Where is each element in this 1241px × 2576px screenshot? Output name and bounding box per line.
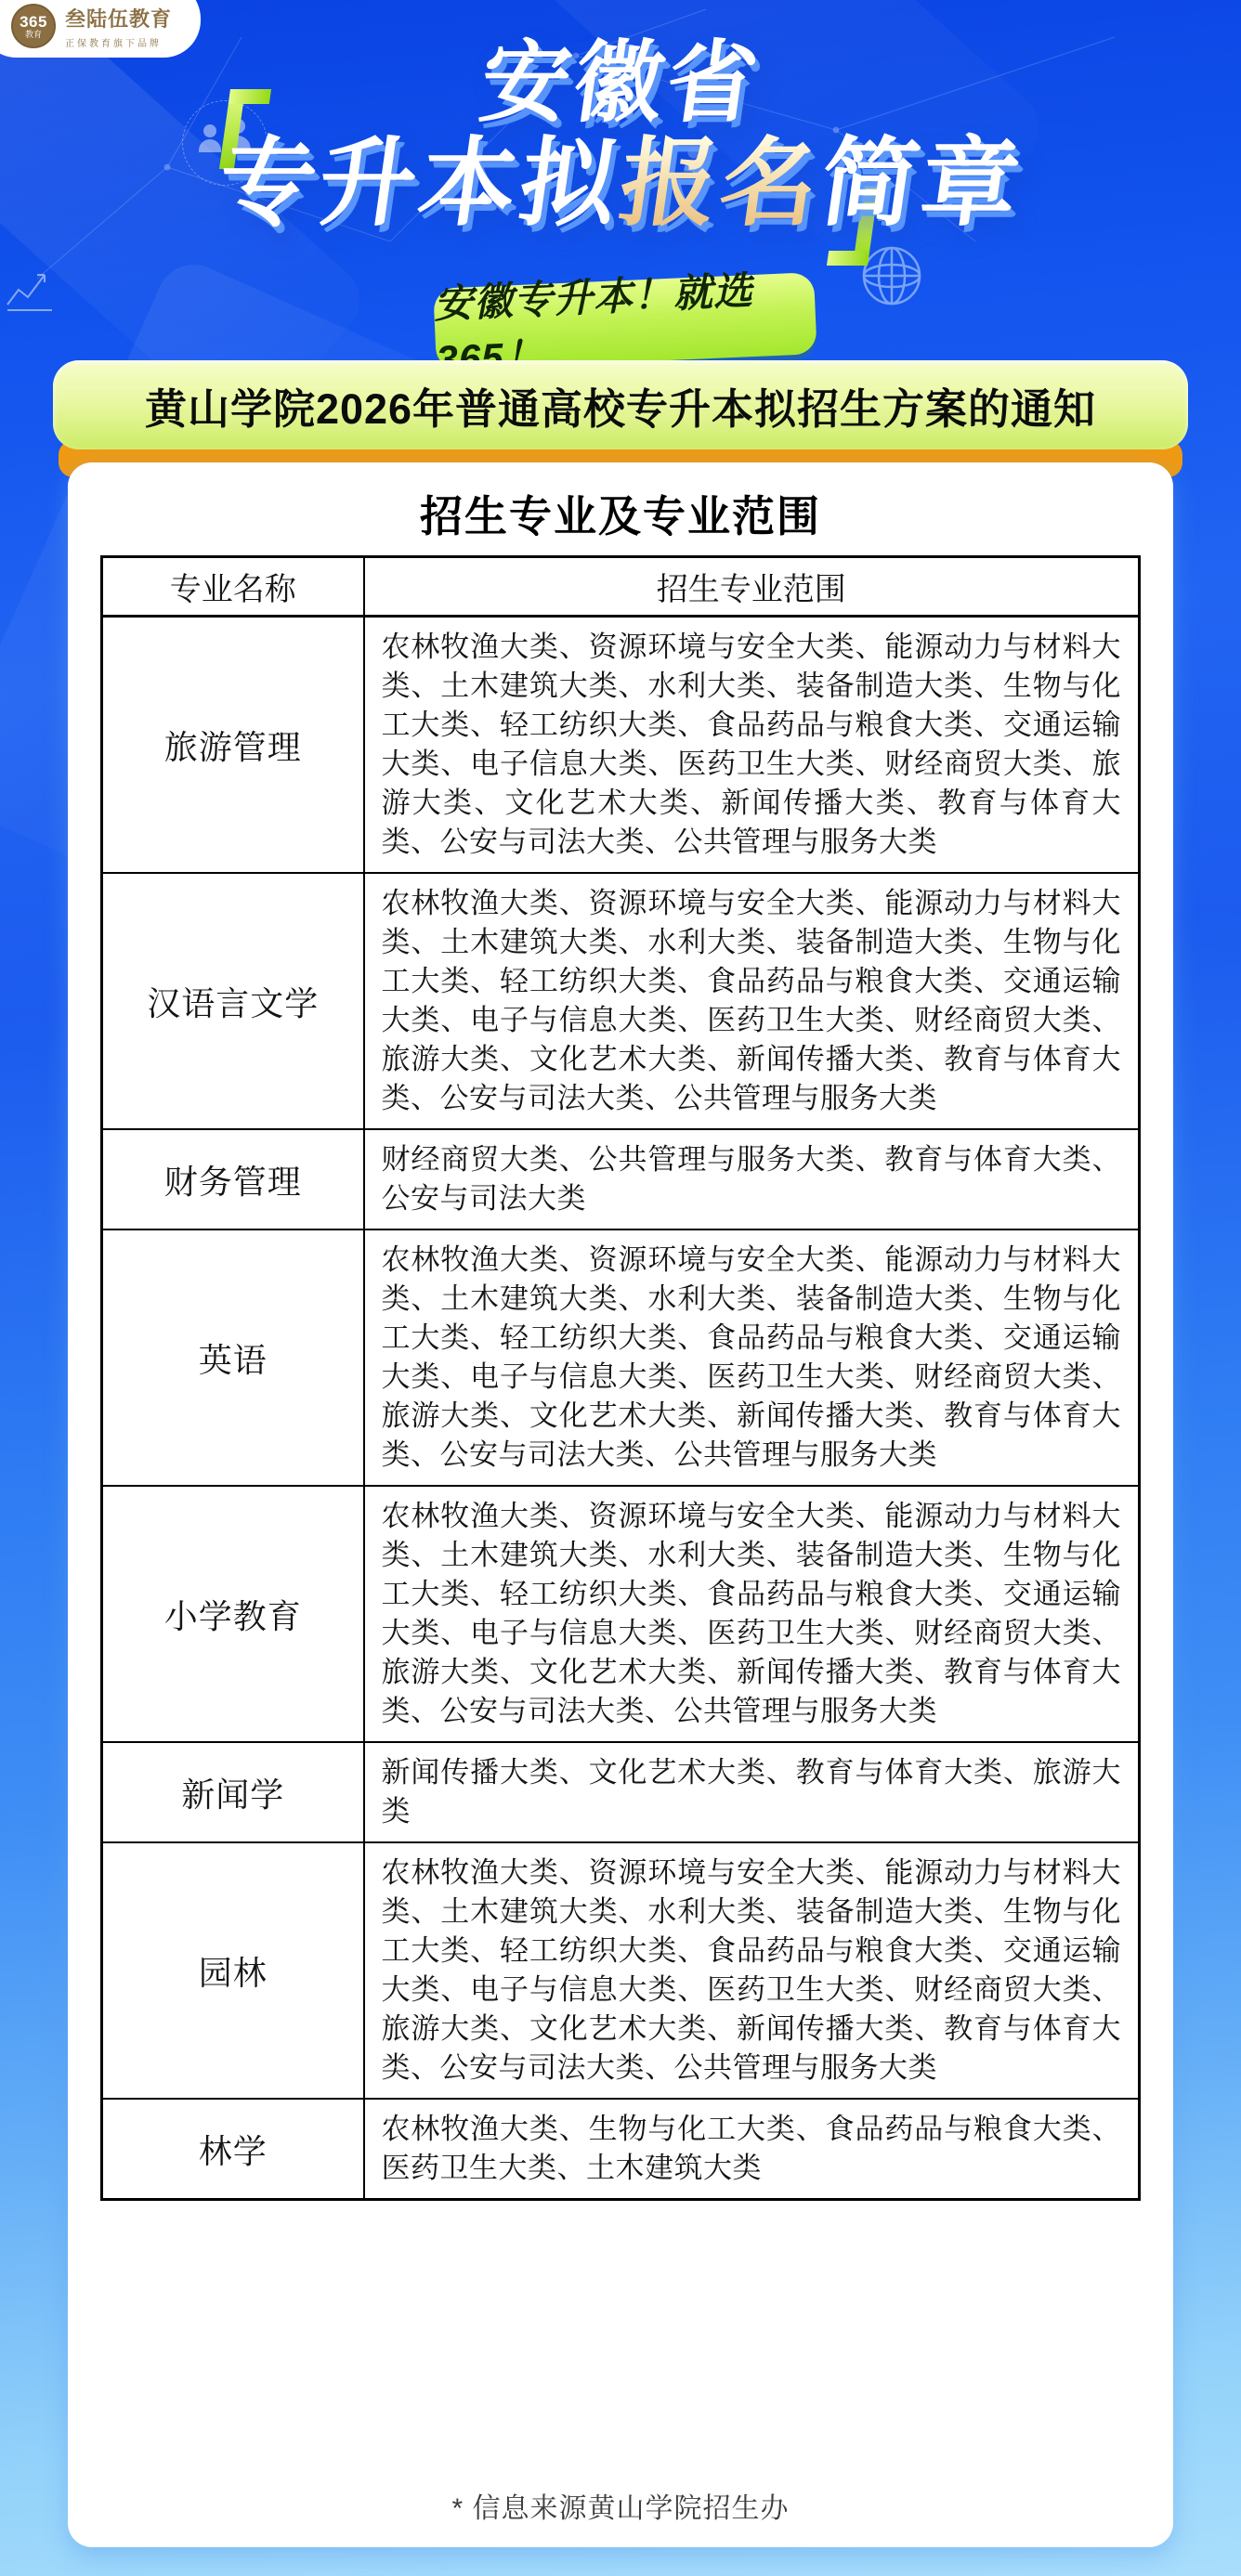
major-scope: 农林牧渔大类、资源环境与安全大类、能源动力与材料大类、土木建筑大类、水利大类、装… (364, 873, 1140, 1129)
major-scope: 新闻传播大类、文化艺术大类、教育与体育大类、旅游大类 (364, 1742, 1140, 1842)
table-row: 财务管理 财经商贸大类、公共管理与服务大类、教育与体育大类、公安与司法大类 (102, 1129, 1140, 1229)
notice-title: 黄山学院2026年普通高校专升本拟招生方案的通知 (145, 375, 1096, 436)
major-name: 小学教育 (102, 1486, 364, 1742)
hero-title-line2-post: 简章 (814, 130, 1029, 238)
brand-subtitle: 正保教育旗下品牌 (65, 35, 172, 49)
majors-table: 专业名称 招生专业范围 旅游管理 农林牧渔大类、资源环境与安全大类、能源动力与材… (100, 555, 1141, 2201)
table-row: 英语 农林牧渔大类、资源环境与安全大类、能源动力与材料大类、土木建筑大类、水利大… (102, 1229, 1140, 1486)
brand-name: 叁陆伍教育 (65, 4, 172, 33)
content-card: 招生专业及专业范围 专业名称 招生专业范围 旅游管理 农林牧渔大类、资源环境与安… (68, 462, 1173, 2547)
major-name: 财务管理 (102, 1129, 364, 1229)
slogan-banner: 安徽专升本！就选365！ (433, 272, 816, 371)
poster-page: 365 教育 叁陆伍教育 正保教育旗下品牌 安徽省 专升本拟报名简章 安徽专升本… (0, 0, 1241, 2576)
table-header-row: 专业名称 招生专业范围 (102, 557, 1140, 617)
major-name: 汉语言文学 (102, 873, 364, 1129)
hero-title-line2-highlight: 报名 (613, 130, 829, 238)
major-name: 林学 (102, 2099, 364, 2200)
major-scope: 农林牧渔大类、资源环境与安全大类、能源动力与材料大类、土木建筑大类、水利大类、装… (364, 1842, 1140, 2099)
section-title: 招生专业及专业范围 (68, 483, 1173, 544)
major-name: 新闻学 (102, 1742, 364, 1842)
major-name: 旅游管理 (102, 617, 364, 874)
column-header-major: 专业名称 (102, 557, 364, 617)
major-scope: 农林牧渔大类、生物与化工大类、食品药品与粮食大类、医药卫生大类、土木建筑大类 (364, 2099, 1140, 2200)
table-row: 汉语言文学 农林牧渔大类、资源环境与安全大类、能源动力与材料大类、土木建筑大类、… (102, 873, 1140, 1129)
major-scope: 农林牧渔大类、资源环境与安全大类、能源动力与材料大类、土木建筑大类、水利大类、装… (364, 1229, 1140, 1486)
major-scope: 财经商贸大类、公共管理与服务大类、教育与体育大类、公安与司法大类 (364, 1129, 1140, 1229)
major-name: 园林 (102, 1842, 364, 2099)
hero-title-line2: 专升本拟报名简章 (0, 134, 1241, 234)
brand-logo: 365 教育 叁陆伍教育 正保教育旗下品牌 (0, 0, 201, 58)
logo-badge-number: 365 (20, 14, 47, 30)
table-row: 旅游管理 农林牧渔大类、资源环境与安全大类、能源动力与材料大类、土木建筑大类、水… (102, 617, 1140, 874)
table-row: 新闻学 新闻传播大类、文化艺术大类、教育与体育大类、旅游大类 (102, 1742, 1140, 1842)
table-row: 小学教育 农林牧渔大类、资源环境与安全大类、能源动力与材料大类、土木建筑大类、水… (102, 1486, 1140, 1742)
major-scope: 农林牧渔大类、资源环境与安全大类、能源动力与材料大类、土木建筑大类、水利大类、装… (364, 617, 1140, 874)
notice-banner: 黄山学院2026年普通高校专升本拟招生方案的通知 (53, 360, 1188, 449)
table-row: 园林 农林牧渔大类、资源环境与安全大类、能源动力与材料大类、土木建筑大类、水利大… (102, 1842, 1140, 2099)
hero-title: 安徽省 专升本拟报名简章 (0, 37, 1241, 234)
column-header-scope: 招生专业范围 (364, 557, 1140, 617)
logo-badge-caption: 教育 (25, 31, 42, 39)
major-name: 英语 (102, 1229, 364, 1486)
major-scope: 农林牧渔大类、资源环境与安全大类、能源动力与材料大类、土木建筑大类、水利大类、装… (364, 1486, 1140, 1742)
logo-365-badge: 365 教育 (11, 4, 56, 48)
table-row: 林学 农林牧渔大类、生物与化工大类、食品药品与粮食大类、医药卫生大类、土木建筑大… (102, 2099, 1140, 2200)
hero-title-line1: 安徽省 (0, 37, 1241, 130)
hero-title-line2-pre: 专升本拟 (212, 130, 628, 238)
chart-icon (4, 264, 56, 316)
source-note: * 信息来源黄山学院招生办 (68, 2485, 1173, 2526)
